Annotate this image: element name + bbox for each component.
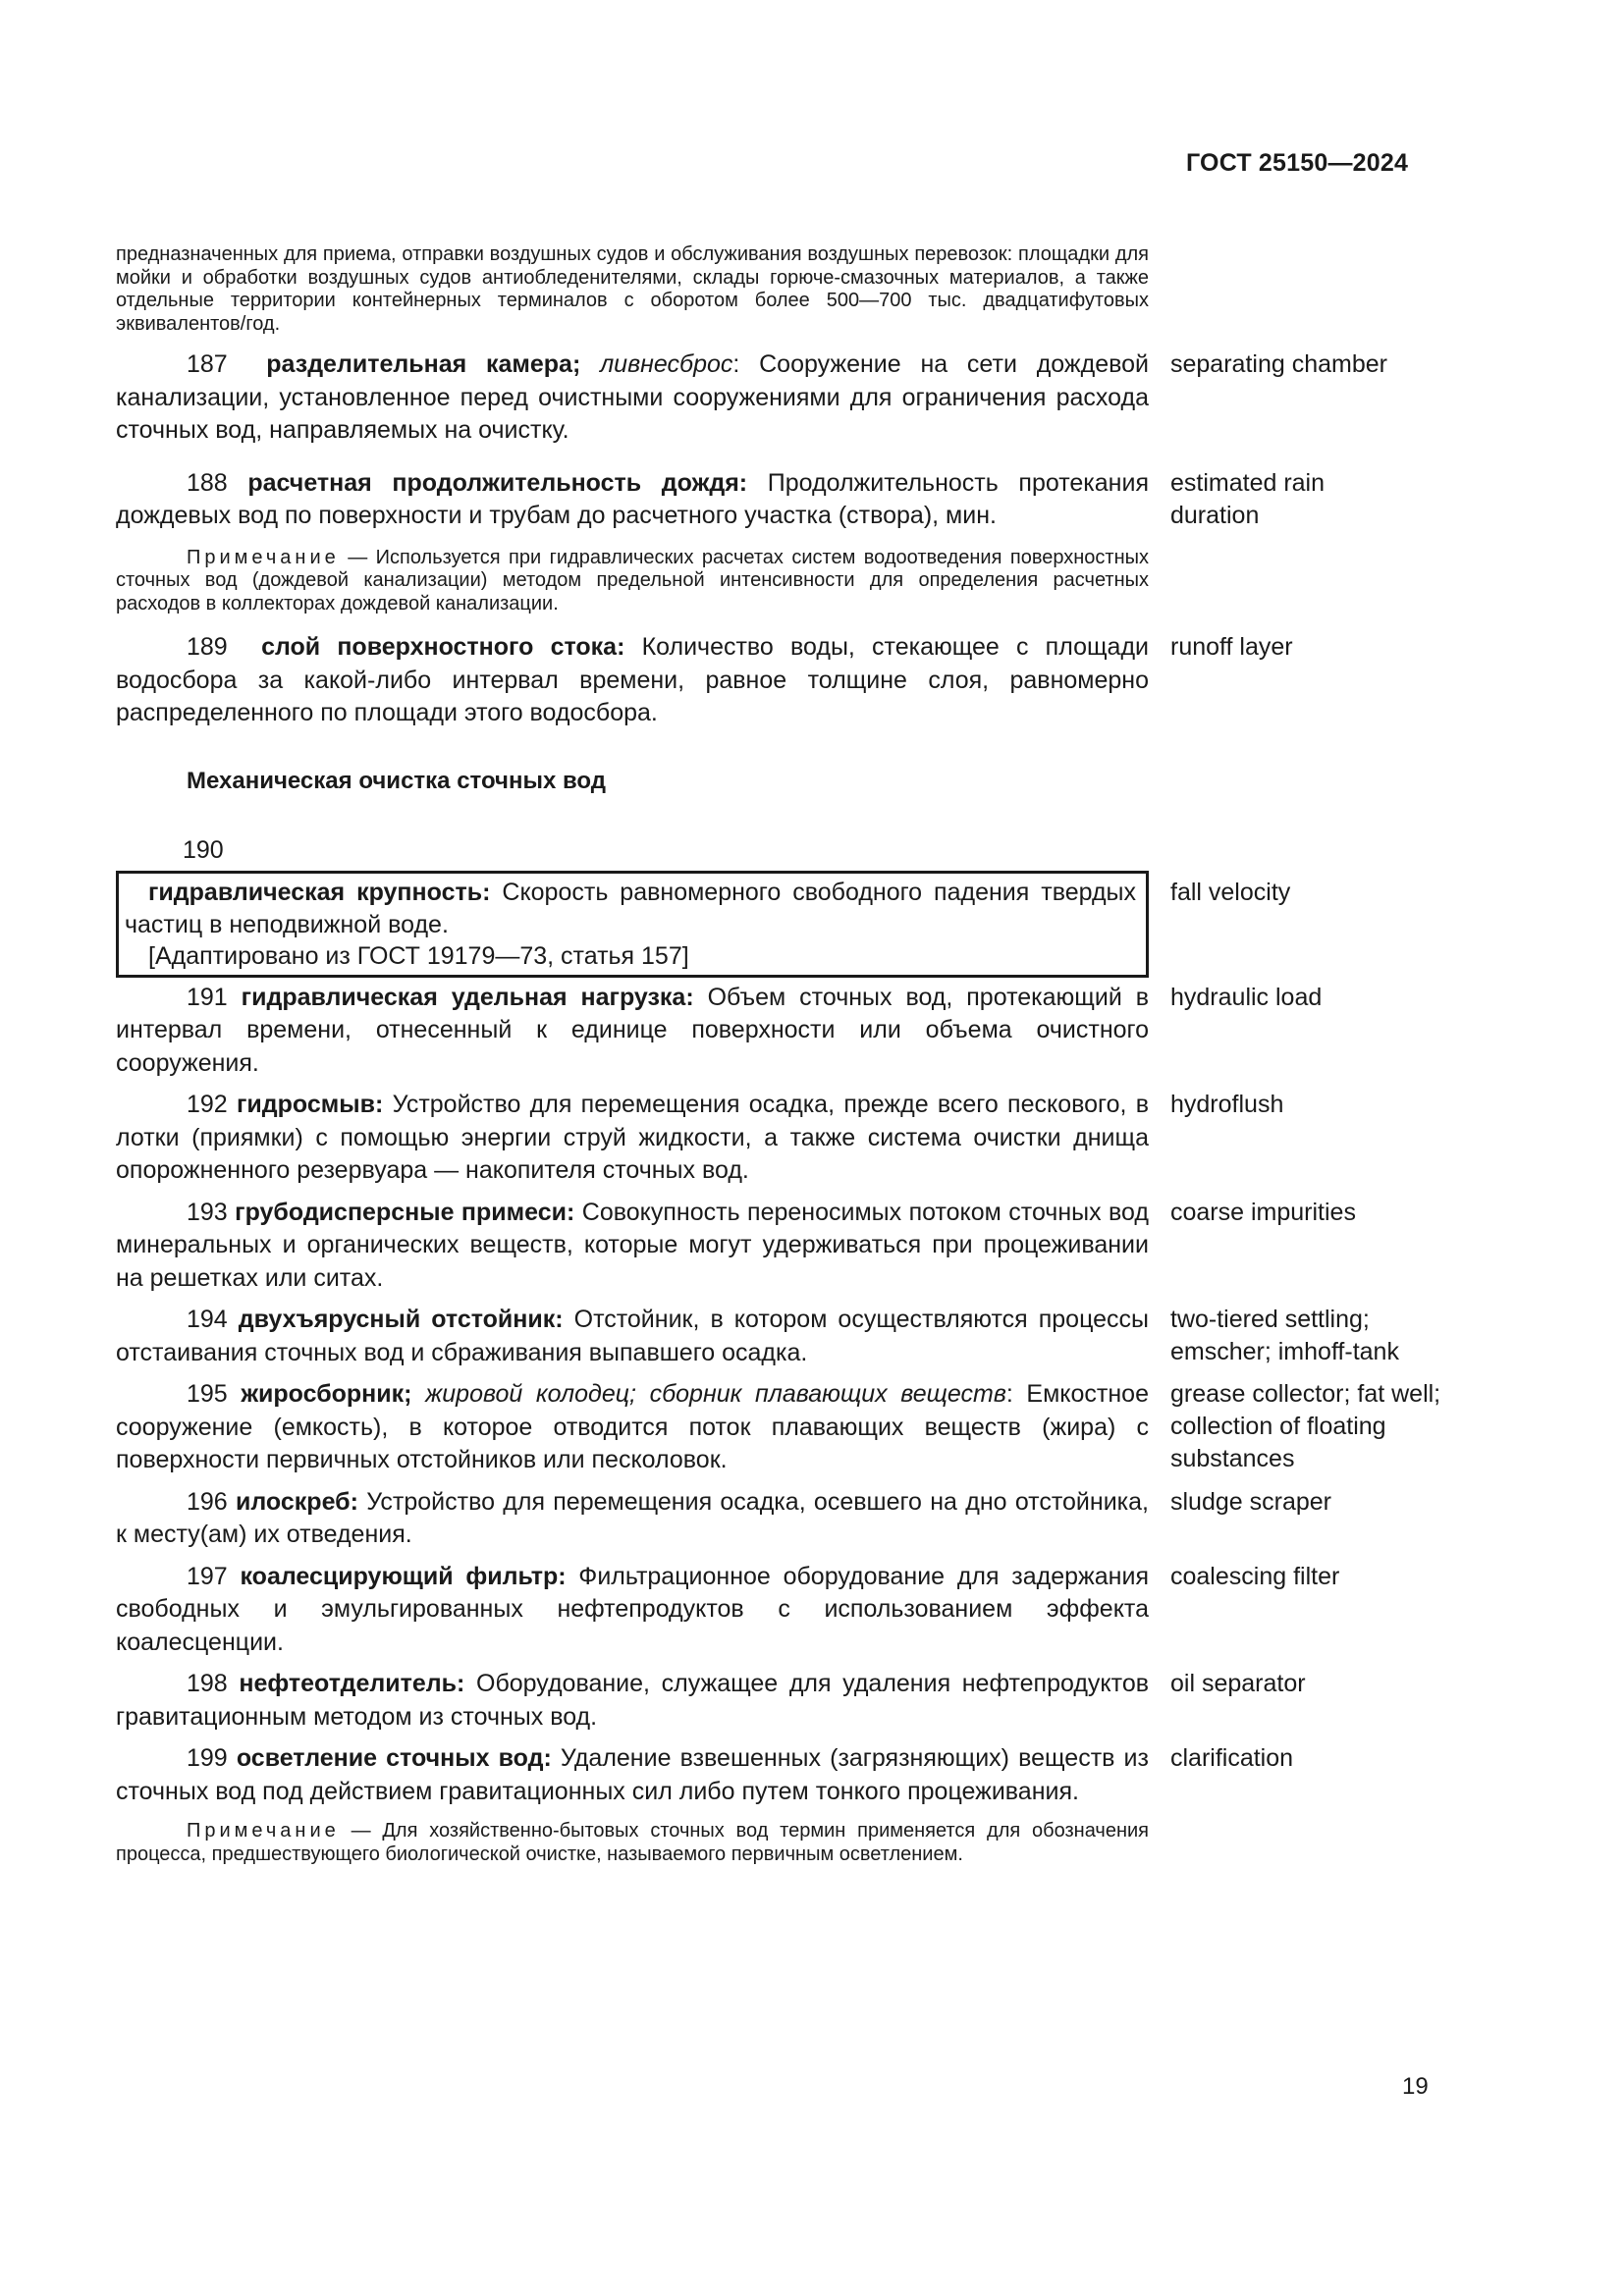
term-english: estimated rain duration bbox=[1170, 467, 1367, 532]
term-synonym: жировой колодец; сборник плавающих вещес… bbox=[411, 1380, 1005, 1408]
note-199: Примечание — Для хозяйственно-бытовых ст… bbox=[116, 1820, 1149, 1866]
term-entry-192: 192 гидросмыв: Устройство для перемещени… bbox=[116, 1089, 1451, 1188]
term-synonym: ливнесброс bbox=[600, 350, 732, 378]
term-name: гидравлическая удельная нагрузка: bbox=[242, 984, 694, 1011]
term-entry-188: 188 расчетная продолжительность дождя: П… bbox=[116, 467, 1451, 533]
term-name: гидравлическая крупность: bbox=[148, 879, 490, 906]
term-number: 188 bbox=[187, 469, 228, 497]
term-list: 191 гидравлическая удельная нагрузка: Об… bbox=[116, 982, 1451, 1809]
term-number: 197 bbox=[187, 1563, 228, 1590]
term-english: fall velocity bbox=[1170, 871, 1445, 909]
adapted-term-box: гидравлическая крупность: Скорость равно… bbox=[116, 871, 1149, 978]
continuation-paragraph: предназначенных для приема, отправки воз… bbox=[116, 243, 1149, 336]
section-heading: Механическая очистка сточных вод bbox=[187, 768, 1219, 795]
term-number: 190 bbox=[183, 836, 1216, 865]
term-english: sludge scraper bbox=[1170, 1486, 1445, 1519]
term-english: clarification bbox=[1170, 1742, 1445, 1775]
term-number: 187 bbox=[187, 350, 228, 378]
term-number: 195 bbox=[187, 1380, 228, 1408]
term-english: runoff layer bbox=[1170, 631, 1445, 664]
term-name: гидросмыв: bbox=[237, 1091, 383, 1118]
term-name: грубодисперсные примеси: bbox=[235, 1199, 574, 1226]
term-source: [Адаптировано из ГОСТ 19179—73, статья 1… bbox=[125, 941, 1136, 971]
term-english: hydroflush bbox=[1170, 1089, 1445, 1121]
term-entry-189: 189 слой поверхностного стока: Количеств… bbox=[116, 631, 1451, 730]
term-number: 192 bbox=[187, 1091, 228, 1118]
term-number: 193 bbox=[187, 1199, 228, 1226]
term-english: hydraulic load bbox=[1170, 982, 1445, 1014]
document-header: ГОСТ 25150—2024 bbox=[1186, 149, 1408, 178]
note-label: Примечание bbox=[187, 1820, 340, 1842]
term-name: слой поверхностного стока: bbox=[261, 633, 624, 661]
term-number: 194 bbox=[187, 1306, 228, 1333]
term-entry-194: 194 двухъярусный отстойник: Отстойник, в… bbox=[116, 1304, 1451, 1369]
term-number: 199 bbox=[187, 1744, 228, 1772]
term-name: осветление сточных вод: bbox=[237, 1744, 552, 1772]
term-entry-191: 191 гидравлическая удельная нагрузка: Об… bbox=[116, 982, 1451, 1081]
term-english: two-tiered settling; emscher; imhoff-tan… bbox=[1170, 1304, 1445, 1368]
note-label: Примечание bbox=[187, 547, 340, 568]
term-name: жиросборник; bbox=[241, 1380, 411, 1408]
term-english: separating chamber bbox=[1170, 348, 1445, 381]
term-english: oil separator bbox=[1170, 1668, 1445, 1700]
term-number: 198 bbox=[187, 1670, 228, 1697]
page-number: 19 bbox=[1402, 2073, 1429, 2101]
term-name: илоскреб: bbox=[236, 1488, 358, 1516]
term-english: coalescing filter bbox=[1170, 1561, 1445, 1593]
term-entry-187: 187 разделительная камера; ливнесброс: С… bbox=[116, 348, 1451, 448]
term-name: разделительная камера; bbox=[266, 350, 580, 378]
term-entry-199: 199 осветление сточных вод: Удаление взв… bbox=[116, 1742, 1451, 1808]
term-name: двухъярусный отстойник: bbox=[239, 1306, 564, 1333]
term-name: коалесцирующий фильтр: bbox=[240, 1563, 566, 1590]
page-content: предназначенных для приема, отправки воз… bbox=[116, 243, 1451, 1866]
term-entry-197: 197 коалесцирующий фильтр: Фильтрационно… bbox=[116, 1561, 1451, 1660]
term-entry-190: гидравлическая крупность: Скорость равно… bbox=[116, 871, 1451, 978]
term-number: 196 bbox=[187, 1488, 228, 1516]
term-entry-196: 196 илоскреб: Устройство для перемещения… bbox=[116, 1486, 1451, 1552]
term-name: расчетная продолжительность дождя: bbox=[247, 469, 747, 497]
term-english: grease collector; fat well; collection o… bbox=[1170, 1378, 1445, 1475]
term-name: нефтеотделитель: bbox=[239, 1670, 464, 1697]
term-english: coarse impurities bbox=[1170, 1197, 1445, 1229]
term-entry-195: 195 жиросборник; жировой колодец; сборни… bbox=[116, 1378, 1451, 1477]
term-entry-198: 198 нефтеотделитель: Оборудование, служа… bbox=[116, 1668, 1451, 1734]
note-188: Примечание — Используется при гидравличе… bbox=[116, 547, 1149, 616]
term-entry-193: 193 грубодисперсные примеси: Совокупност… bbox=[116, 1197, 1451, 1296]
term-number: 189 bbox=[187, 633, 228, 661]
term-number: 191 bbox=[187, 984, 228, 1011]
